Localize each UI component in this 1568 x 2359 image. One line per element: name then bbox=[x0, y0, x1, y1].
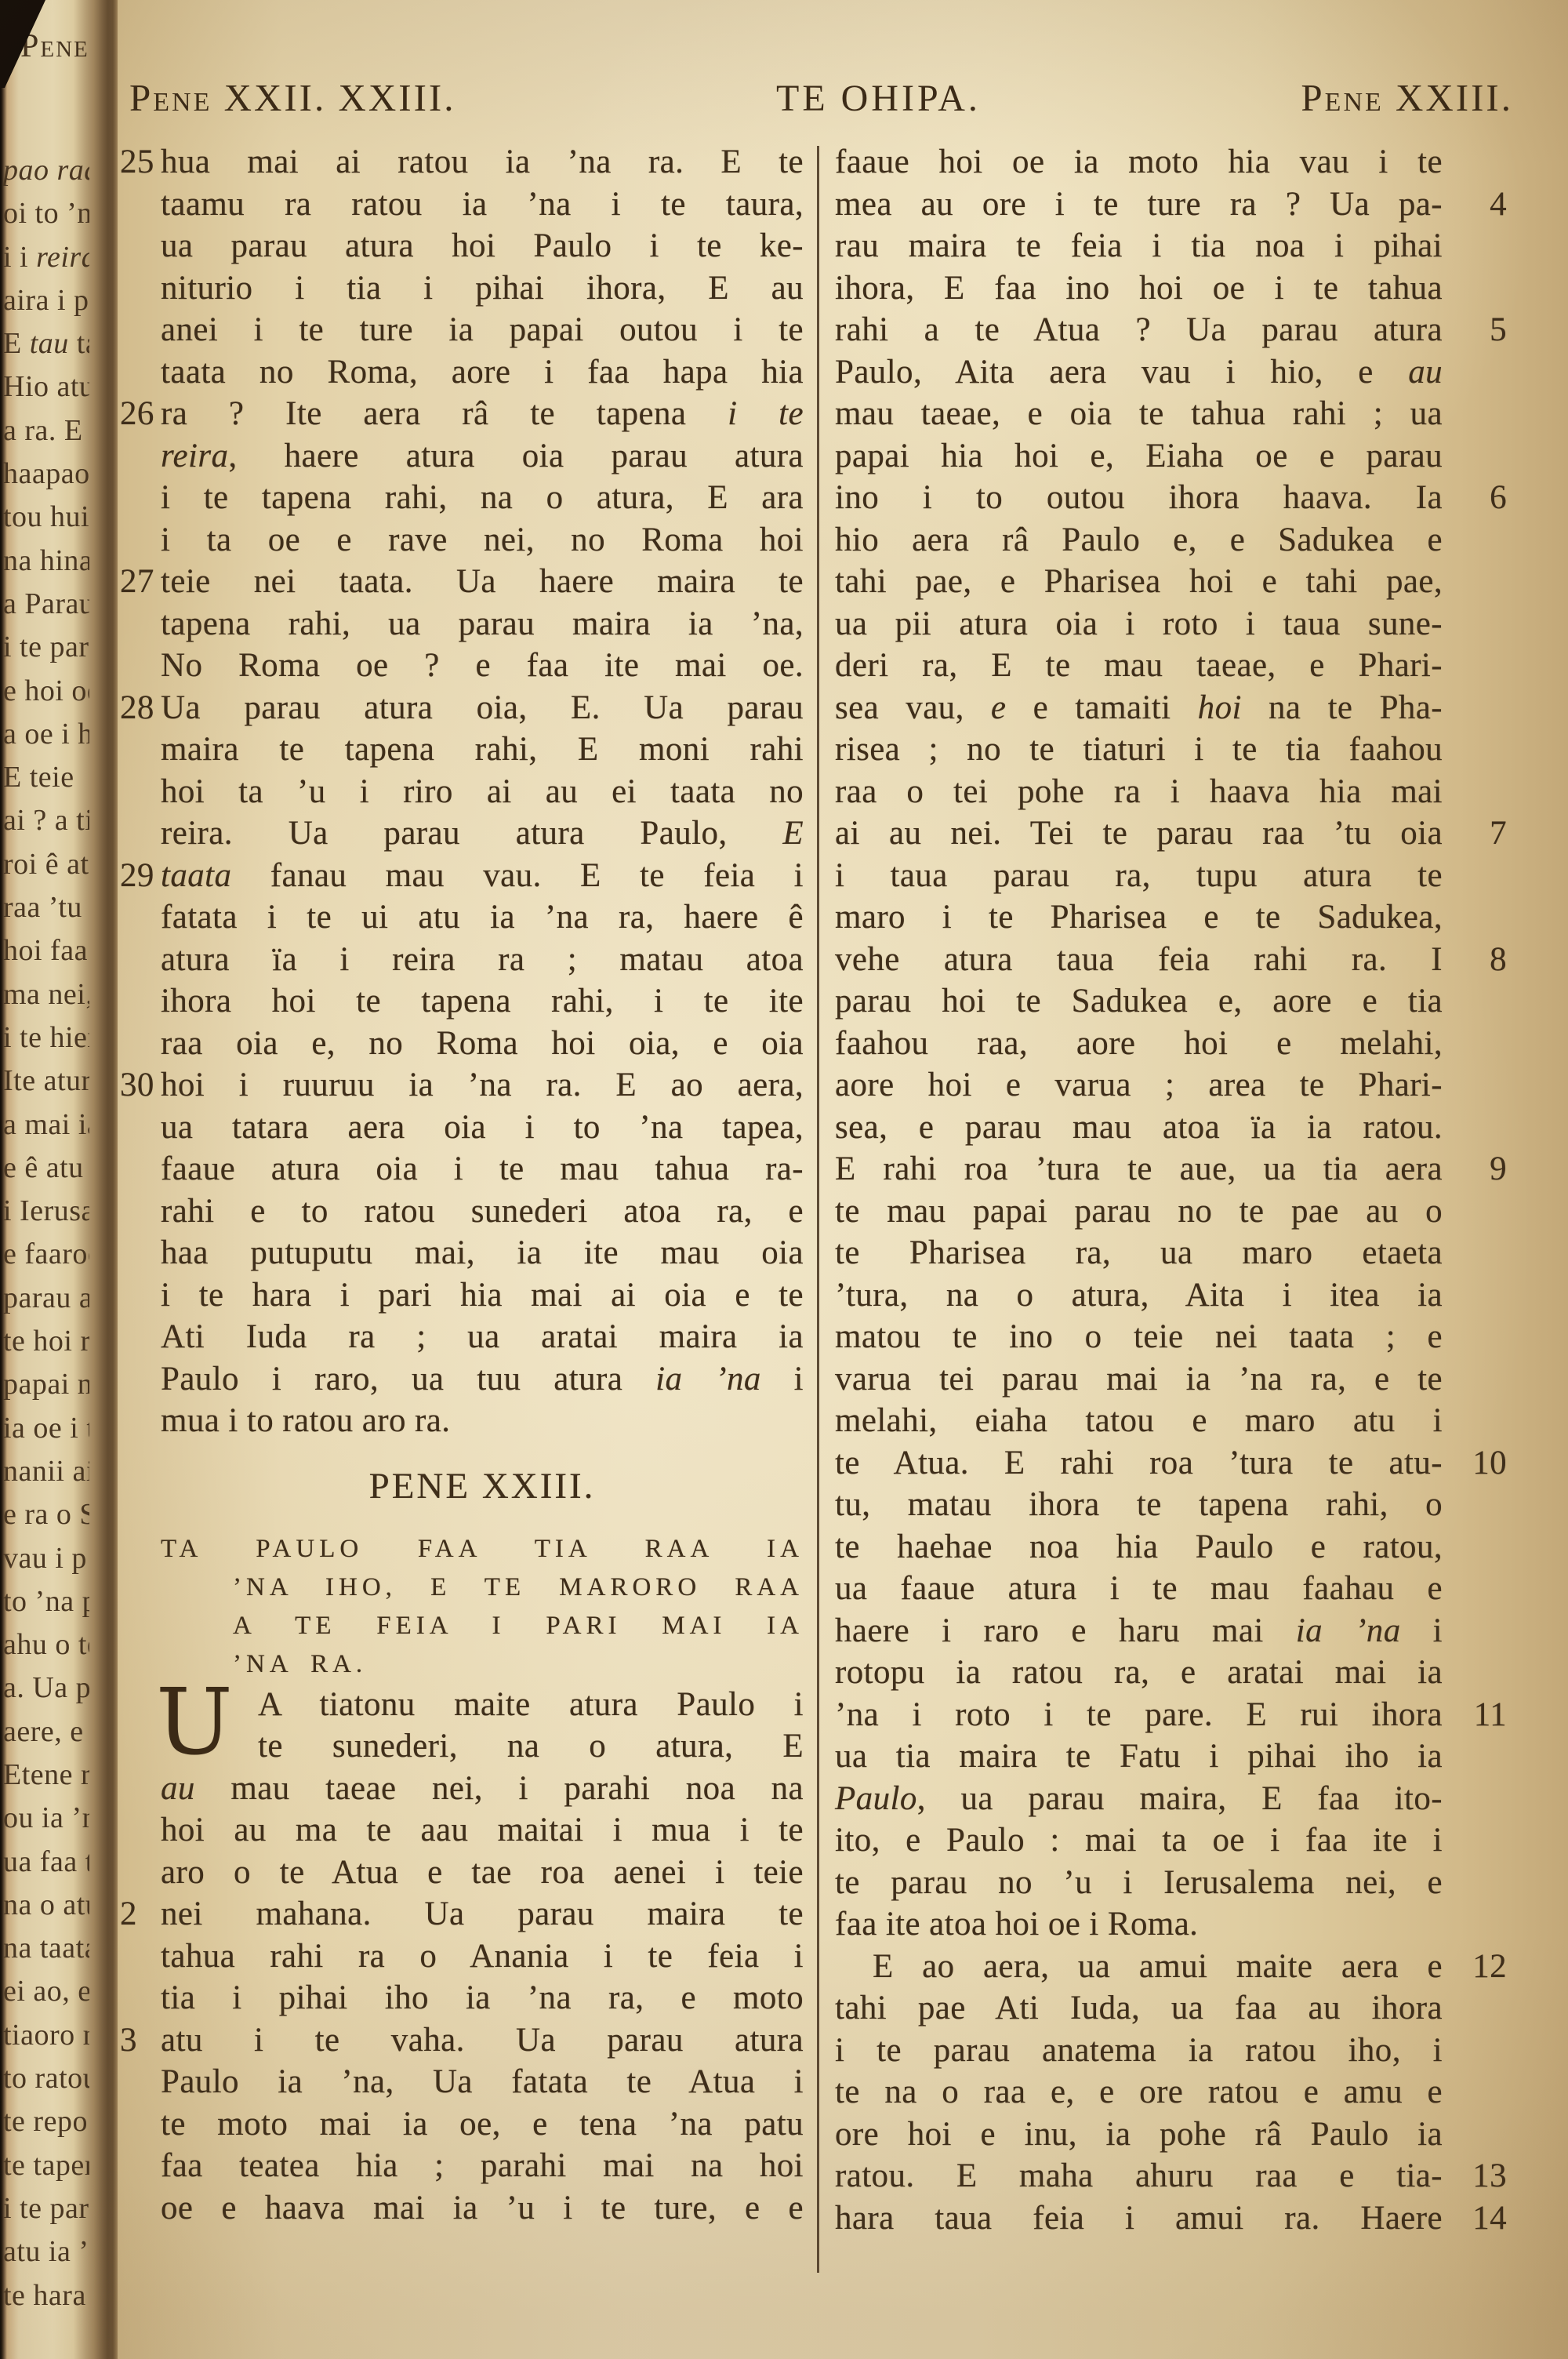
verse-line: 13 ratou. E maha ahuru raa e tia- bbox=[835, 2155, 1443, 2197]
verse-line: ua tatara aera oia i to ’na tapea, bbox=[161, 1107, 804, 1149]
gutter-fold-shadow bbox=[74, 0, 118, 2359]
verse-line: varua tei parau mai ia ’na ra, e te bbox=[835, 1358, 1443, 1401]
verse-line: tahi pae Ati Iuda, ua faa au ihora bbox=[835, 1987, 1443, 2030]
verse-text: faa ite atoa hoi oe i Roma. bbox=[835, 1903, 1443, 1946]
verse-line: aore hoi e varua ; area te Phari- bbox=[835, 1064, 1443, 1107]
verse-number: 25 bbox=[120, 141, 154, 184]
verse-line: anei i te ture ia papai outou i te bbox=[161, 309, 804, 351]
verse-line: 11 ’na i roto i te pare. E rui ihora bbox=[835, 1694, 1443, 1736]
verse-line: niturio i tia i pihai ihora, E au bbox=[161, 267, 804, 310]
verse-number: 8 bbox=[1490, 939, 1507, 981]
verse-line: 30 hoi i ruuruu ia ’na ra. E ao aera, bbox=[161, 1064, 804, 1107]
verse-text: hara taua feia i amui ra. Haere bbox=[835, 2197, 1443, 2281]
verse-line: 12 E ao aera, ua amui maite aera e bbox=[835, 1946, 1443, 1988]
summary-line: TA PAULO FAA TIA RAA IA bbox=[161, 1530, 804, 1568]
chapter-heading: PENE XXIII. bbox=[161, 1442, 804, 1530]
verse-number: 30 bbox=[120, 1064, 154, 1107]
verse-number: 5 bbox=[1490, 309, 1507, 351]
verse-line: hoi ta ’u i riro ai au ei taata no bbox=[161, 771, 804, 813]
verse-number: 6 bbox=[1490, 477, 1507, 519]
verse-line: 3 atu i te vaha. Ua parau atura bbox=[161, 2019, 804, 2062]
verse-number: 13 bbox=[1472, 2155, 1507, 2197]
left-column: 25 hua mai ai ratou ia ’na ra. E te taam… bbox=[161, 141, 804, 2229]
verse-line: taamu ra ratou ia ’na i te taura, bbox=[161, 184, 804, 226]
verse-line: mau taeae, e oia te tahua rahi ; ua bbox=[835, 393, 1443, 435]
verse-line: haa putuputu mai, ia ite mau oia bbox=[161, 1232, 804, 1274]
verse-line: i taua parau ra, tupu atura te bbox=[835, 855, 1443, 897]
verse-line: ua pii atura oia i roto i taua sune- bbox=[835, 603, 1443, 645]
verse-number: 26 bbox=[120, 393, 154, 435]
verse-text: oe e haava mai ia ’u i te ture, e e bbox=[161, 2187, 804, 2271]
verse-text: mua i to ratou aro ra. bbox=[161, 1400, 804, 1442]
verse-line: hoi au ma te aau maitai i mua i te bbox=[161, 1809, 804, 1852]
verse-line: ua faaue atura i te mau faahau e bbox=[835, 1568, 1443, 1610]
verse-line: ihora, E faa ino hoi oe i te tahua bbox=[835, 267, 1443, 310]
verse-line: A tiatonu maite atura Paulo i bbox=[161, 1684, 804, 1726]
verse-line: Paulo i raro, ua tuu atura ia ’na i bbox=[161, 1358, 804, 1401]
scanned-book-page: Pene pao raa oi to ’na i i reira aira i … bbox=[0, 0, 1568, 2359]
verse-number: 4 bbox=[1490, 184, 1507, 226]
verse-line: haere i raro e haru mai ia ’na i bbox=[835, 1610, 1443, 1652]
verse-line: i ta oe e rave nei, no Roma hoi bbox=[161, 519, 804, 562]
verse-number: 11 bbox=[1474, 1694, 1507, 1736]
verse-line: parau hoi te Sadukea e, aore e tia bbox=[835, 980, 1443, 1023]
verse-line: te Pharisea ra, ua maro etaeta bbox=[835, 1232, 1443, 1274]
verse-number: 2 bbox=[120, 1893, 137, 1936]
verse-line: tahua rahi ra o Anania i te feia i bbox=[161, 1936, 804, 1978]
left-column-verses-bottom: A tiatonu maite atura Paulo i te suneder… bbox=[161, 1684, 804, 2230]
verse-line: te na o raa e, e ore ratou e amu e bbox=[835, 2071, 1443, 2114]
summary-text: ’NA RA. bbox=[161, 1645, 804, 1684]
verse-line: ’tura, na o atura, Aita i itea ia bbox=[835, 1274, 1443, 1317]
summary-line: A TE FEIA I PARI MAI IA bbox=[161, 1607, 804, 1645]
verse-line: deri ra, E te mau taeae, e Phari- bbox=[835, 645, 1443, 687]
verse-line: 2 nei mahana. Ua parau maira te bbox=[161, 1893, 804, 1936]
verse-line: 9 E rahi roa ’tura te aue, ua tia aera bbox=[835, 1148, 1443, 1190]
verse-line: 4 mea au ore i te ture ra ? Ua pa- bbox=[835, 184, 1443, 226]
verse-line: fatata i te ui atu ia ’na ra, haere ê bbox=[161, 896, 804, 939]
header-book-title: TE OHIPA. bbox=[776, 77, 981, 120]
verse-line: i te hara i pari hia mai ai oia e te bbox=[161, 1274, 804, 1317]
verse-line: Paulo, Aita aera vau i hio, e au bbox=[835, 351, 1443, 394]
right-column: faaue hoi oe ia moto hia vau i te 4 mea … bbox=[835, 141, 1443, 2239]
summary-line: ’NA RA. bbox=[161, 1645, 804, 1684]
verse-line: risea ; no te tiaturi i te tia faahou bbox=[835, 729, 1443, 771]
summary-line: ’NA IHO, E TE MARORO RAA bbox=[161, 1568, 804, 1607]
verse-line: sea, e parau mau atoa ïa ia ratou. bbox=[835, 1107, 1443, 1149]
verse-line: i te parau anatema ia ratou iho, i bbox=[835, 2030, 1443, 2072]
verse-line: 29 taata fanau mau vau. E te feia i bbox=[161, 855, 804, 897]
verse-line: Ati Iuda ra ; ua aratai maira ia bbox=[161, 1316, 804, 1358]
verse-line: matou te ino o teie nei taata ; e bbox=[835, 1316, 1443, 1358]
verse-line: tahi pae, e Pharisea hoi e tahi pae, bbox=[835, 561, 1443, 603]
verse-number: 14 bbox=[1472, 2197, 1507, 2240]
header-chapter-right: Pene XXIII. bbox=[1301, 75, 1513, 120]
verse-line: ihora hoi te tapena rahi, i te ite bbox=[161, 980, 804, 1023]
verse-line: tia i pihai iho ia ’na ra, e moto bbox=[161, 1977, 804, 2019]
verse-number: 3 bbox=[120, 2019, 137, 2062]
verse-line: 26 ra ? Ite aera râ te tapena i te bbox=[161, 393, 804, 435]
verse-number: 29 bbox=[120, 855, 154, 897]
verse-line: tu, matau ihora te tapena rahi, o bbox=[835, 1484, 1443, 1526]
verse-line: hio aera râ Paulo e, e Sadukea e bbox=[835, 519, 1443, 562]
verse-number: 27 bbox=[120, 561, 154, 603]
header-chapter-range: Pene XXII. XXIII. bbox=[129, 75, 456, 120]
verse-line: 7 ai au nei. Tei te parau raa ’tu oia bbox=[835, 812, 1443, 855]
verse-line: 8 vehe atura taua feia rahi ra. I bbox=[835, 939, 1443, 981]
verse-line: i te tapena rahi, na o atura, E ara bbox=[161, 477, 804, 519]
verse-line: faa ite atoa hoi oe i Roma. bbox=[835, 1903, 1443, 1946]
verse-line: rau maira te feia i tia noa i pihai bbox=[835, 225, 1443, 267]
column-divider-rule bbox=[817, 146, 819, 2273]
verse-line: rotopu ia ratou ra, e aratai mai ia bbox=[835, 1652, 1443, 1694]
verse-line: 25 hua mai ai ratou ia ’na ra. E te bbox=[161, 141, 804, 184]
verse-number: 28 bbox=[120, 687, 154, 729]
right-column-verses: faaue hoi oe ia moto hia vau i te 4 mea … bbox=[835, 141, 1443, 2239]
verse-number: 7 bbox=[1490, 812, 1507, 855]
verse-line: te mau papai parau no te pae au o bbox=[835, 1190, 1443, 1233]
verse-line: 14 hara taua feia i amui ra. Haere bbox=[835, 2197, 1443, 2240]
verse-line: Paulo, ua parau maira, E faa ito- bbox=[835, 1778, 1443, 1820]
verse-line: raa o tei pohe ra i haava hia mai bbox=[835, 771, 1443, 813]
gutter-previous-page-edge: Pene pao raa oi to ’na i i reira aira i … bbox=[0, 0, 118, 2359]
verse-line: te moto mai ia oe, e tena ’na patu bbox=[161, 2103, 804, 2146]
verse-line: melahi, eiaha tatou e maro atu i bbox=[835, 1400, 1443, 1442]
verse-line: faaue hoi oe ia moto hia vau i te bbox=[835, 141, 1443, 184]
verse-line: reira. Ua parau atura Paulo, E bbox=[161, 812, 804, 855]
verse-line: 27 teie nei taata. Ua haere maira te bbox=[161, 561, 804, 603]
verse-line: te sunederi, na o atura, E bbox=[161, 1725, 804, 1768]
verse-number: 10 bbox=[1472, 1442, 1507, 1485]
verse-line: atura ïa i reira ra ; matau atoa bbox=[161, 939, 804, 981]
chapter-summary: TA PAULO FAA TIA RAA IA ’NA IHO, E TE MA… bbox=[161, 1530, 804, 1684]
verse-line: 10 te Atua. E rahi roa ’tura te atu- bbox=[835, 1442, 1443, 1485]
verse-line: tapena rahi, ua parau maira ia ’na, bbox=[161, 603, 804, 645]
verse-line: No Roma oe ? e faa ite mai oe. bbox=[161, 645, 804, 687]
verse-line: maira te tapena rahi, E moni rahi bbox=[161, 729, 804, 771]
verse-line: faaue atura oia i te mau tahua ra- bbox=[161, 1148, 804, 1190]
chapter-body: U A tiatonu maite atura Paulo i te suned… bbox=[161, 1684, 804, 2230]
verse-line: Paulo ia ’na, Ua fatata te Atua i bbox=[161, 2061, 804, 2103]
verse-line: taata no Roma, aore i faa hapa hia bbox=[161, 351, 804, 394]
verse-line: ua parau atura hoi Paulo i te ke- bbox=[161, 225, 804, 267]
verse-line: au mau taeae nei, i parahi noa na bbox=[161, 1768, 804, 1810]
verse-number: 9 bbox=[1490, 1148, 1507, 1190]
verse-line: mua i to ratou aro ra. bbox=[161, 1400, 804, 1442]
verse-line: 6 ino i to outou ihora haava. Ia bbox=[835, 477, 1443, 519]
verse-line: sea vau, e e tamaiti hoi na te Pha- bbox=[835, 687, 1443, 729]
verse-number: 12 bbox=[1472, 1946, 1507, 1988]
verse-line: 28 Ua parau atura oia, E. Ua parau bbox=[161, 687, 804, 729]
verse-line: ito, e Paulo : mai ta oe i faa ite i bbox=[835, 1819, 1443, 1862]
running-header: Pene XXII. XXIII. TE OHIPA. Pene XXIII. bbox=[129, 75, 1513, 125]
verse-line: 5 rahi a te Atua ? Ua parau atura bbox=[835, 309, 1443, 351]
verse-line: raa oia e, no Roma hoi oia, e oia bbox=[161, 1023, 804, 1065]
left-column-verses-top: 25 hua mai ai ratou ia ’na ra. E te taam… bbox=[161, 141, 804, 1442]
verse-line: aro o te Atua e tae roa aenei i teie bbox=[161, 1852, 804, 1894]
verse-line: faahou raa, aore hoi e melahi, bbox=[835, 1023, 1443, 1065]
verse-line: papai hia hoi e, Eiaha oe e parau bbox=[835, 435, 1443, 478]
verse-line: rahi e to ratou sunederi atoa ra, e bbox=[161, 1190, 804, 1233]
verse-line: reira, haere atura oia parau atura bbox=[161, 435, 804, 478]
verse-line: faa teatea hia ; parahi mai na hoi bbox=[161, 2145, 804, 2187]
verse-line: ore hoi e inu, ia pohe râ Paulo ia bbox=[835, 2114, 1443, 2156]
verse-line: te parau no ’u i Ierusalema nei, e bbox=[835, 1862, 1443, 1904]
verse-line: te haehae noa hia Paulo e ratou, bbox=[835, 1526, 1443, 1568]
verse-line: maro i te Pharisea e te Sadukea, bbox=[835, 896, 1443, 939]
verse-line: ua tia maira te Fatu i pihai iho ia bbox=[835, 1736, 1443, 1778]
verse-line: oe e haava mai ia ’u i te ture, e e bbox=[161, 2187, 804, 2230]
